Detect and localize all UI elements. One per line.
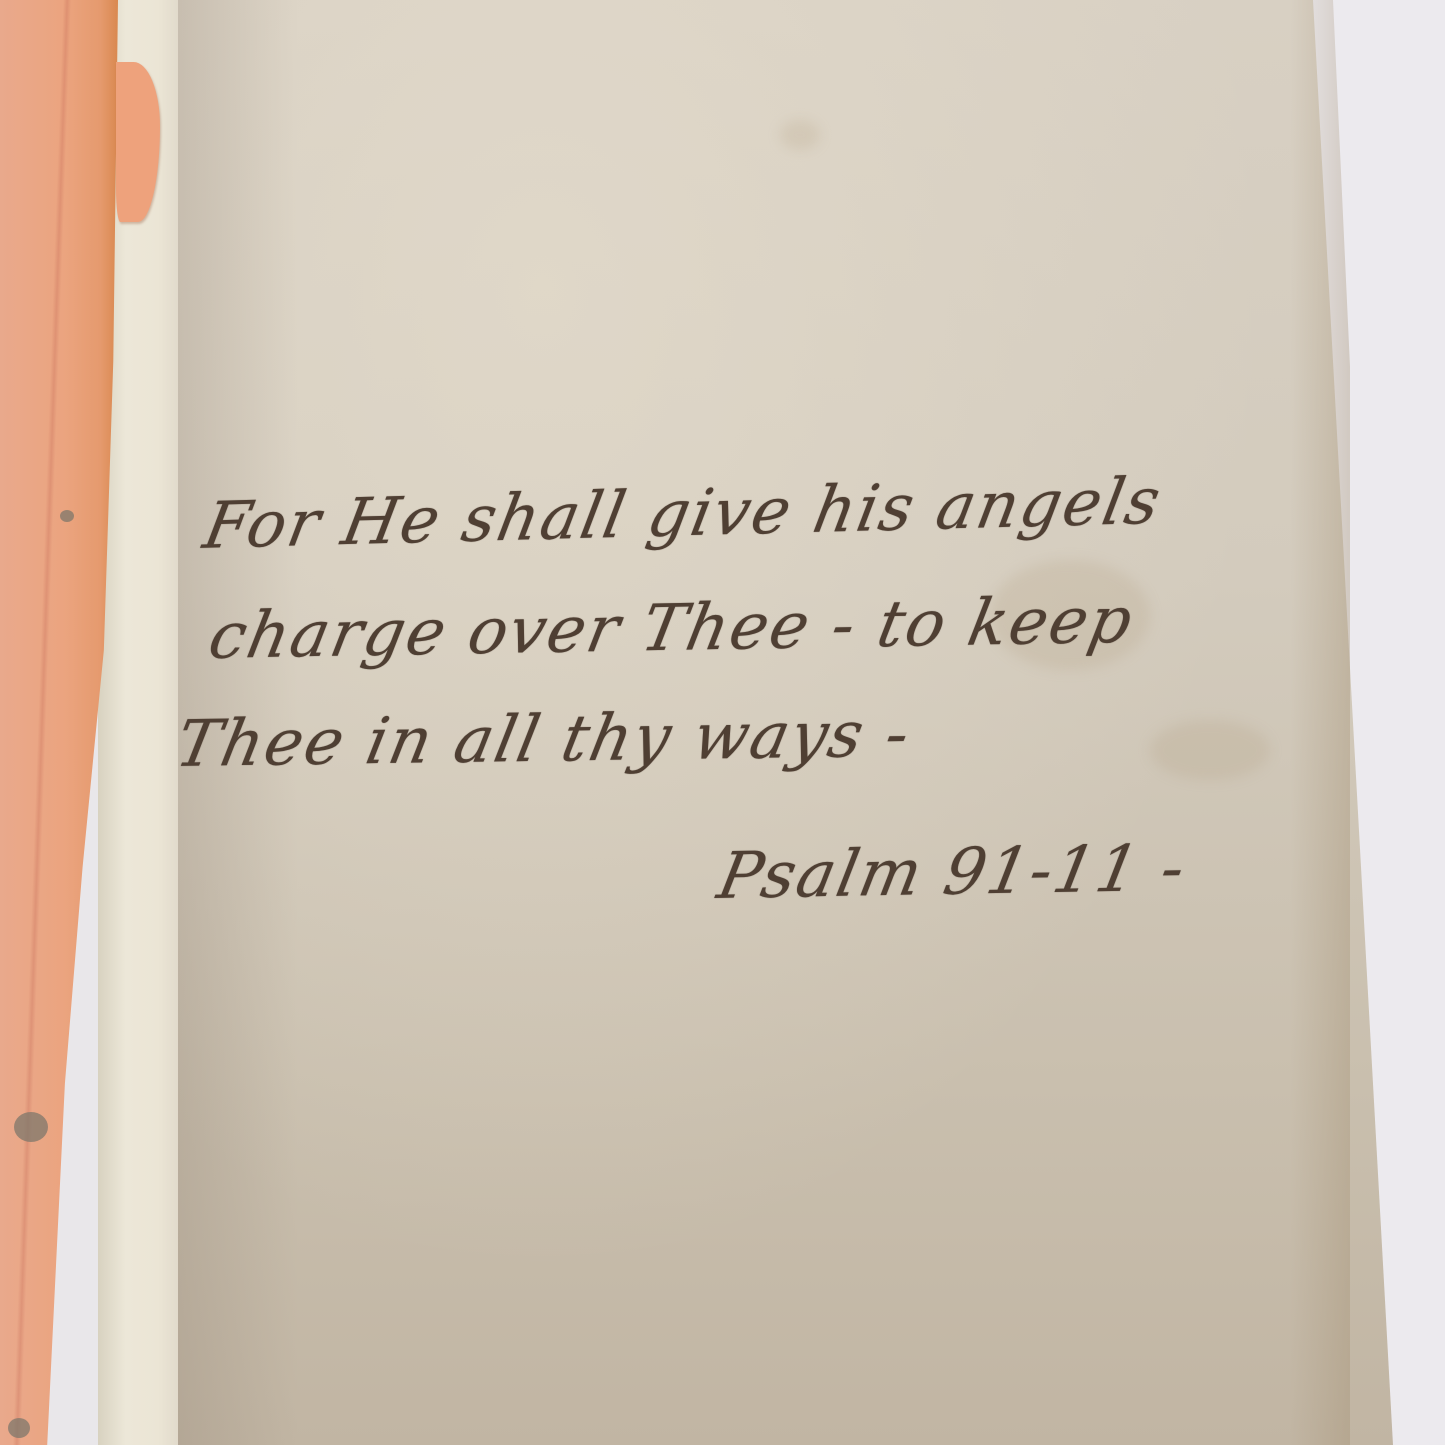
inscription-line-3: Thee in all thy ways - [170,698,917,782]
inscription-citation: Psalm 91-11 - [712,832,1193,914]
inscription-line-1: For He shall give his angels [198,465,1168,564]
inscription-line-2: charge over Thee - to keep [203,584,1140,674]
handwritten-inscription: For He shall give his angels charge over… [0,0,1445,1445]
